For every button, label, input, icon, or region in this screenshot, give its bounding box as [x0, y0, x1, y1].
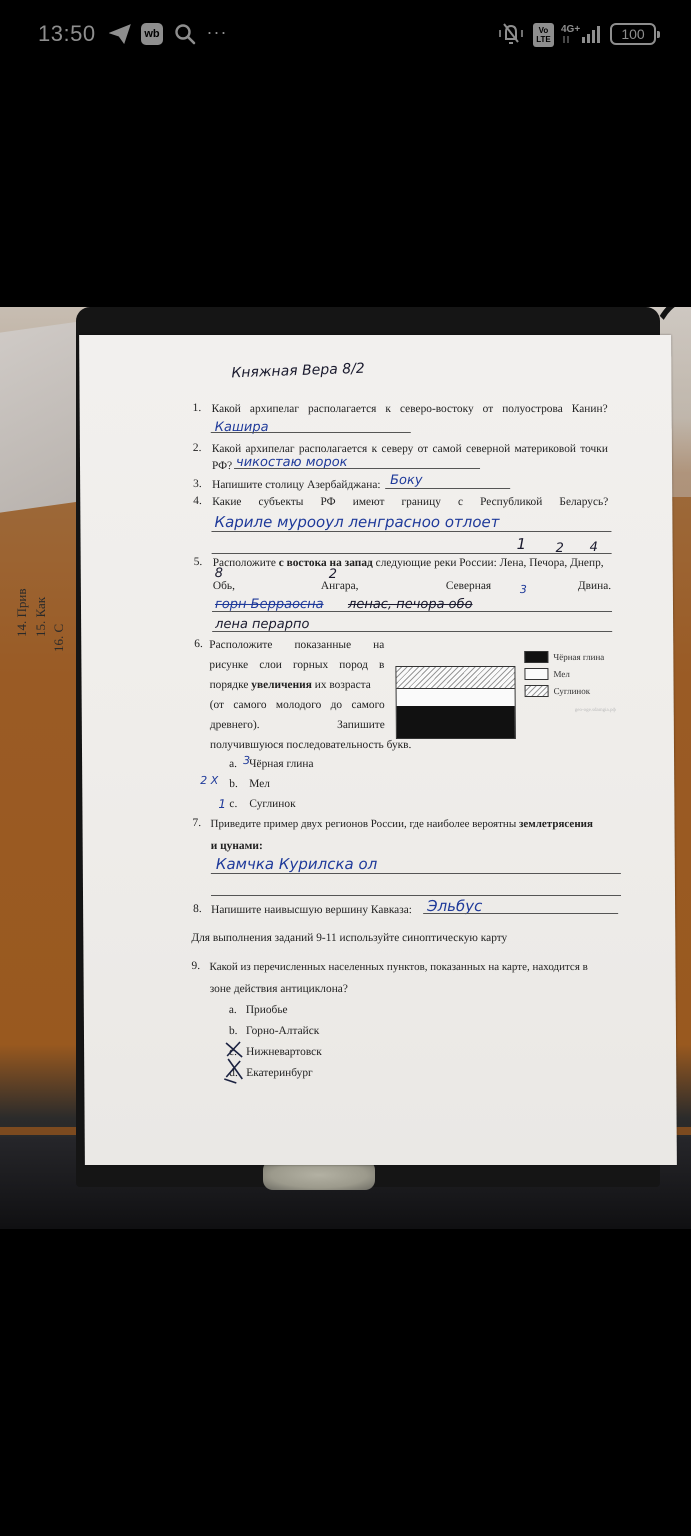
question-3-answer: Боку: [390, 473, 423, 488]
cross-out-mark: [222, 1039, 252, 1085]
question-6-text: древнего). Запишите: [210, 718, 385, 732]
wb-icon: wb: [141, 23, 163, 45]
option-label: Нижневартовск: [246, 1045, 322, 1059]
margin-mark: 2: [556, 541, 564, 556]
answer-line: [211, 432, 411, 433]
question-5-answer-struck-2: ленас, печора обо: [348, 597, 473, 612]
margin-mark: 1: [516, 535, 526, 553]
answer-line: [211, 531, 611, 532]
answer-line: [234, 468, 480, 469]
margin-mark: 3: [520, 583, 527, 596]
question-1-text: Какой архипелаг располагается к северо-в…: [212, 402, 608, 416]
battery-icon: 100: [610, 23, 656, 45]
question-2-number: 2.: [193, 442, 202, 454]
option-mark: 1: [218, 797, 226, 811]
question-6-number: 6.: [194, 638, 203, 650]
question-6-text: (от самого молодого до самого: [210, 698, 385, 712]
question-9-text-cont: зоне действия антициклона?: [210, 982, 348, 996]
margin-mark: 4: [590, 540, 598, 555]
answer-line: [212, 553, 612, 554]
option-label: Чёрная глина: [249, 757, 314, 771]
background-sheet-line: 15. Как: [33, 597, 49, 637]
telegram-icon: [108, 22, 132, 46]
question-6-text: получившуюся последовательность букв.: [210, 738, 412, 752]
status-time: 13:50: [38, 21, 96, 47]
vibrate-mute-icon: [496, 22, 526, 46]
question-7-text: Приведите пример двух регионов России, г…: [210, 817, 593, 831]
option-mark: 2 X: [200, 774, 218, 787]
signal-4g-icon: 4G+: [560, 22, 602, 46]
worksheet-paper: Княжная Вера 8/2 1. Какой архипелаг расп…: [79, 335, 677, 1165]
question-1-number: 1.: [193, 402, 202, 414]
question-6-text: порядке увеличения их возраста: [209, 678, 384, 692]
rock-layers-diagram: [395, 666, 516, 739]
option-letter: b.: [229, 1024, 238, 1038]
answer-line: [212, 611, 612, 612]
option-label: Екатеринбург: [246, 1066, 313, 1080]
river-ob: Обь,: [213, 579, 235, 593]
option-label: Мел: [249, 777, 270, 791]
legend-swatch: [524, 668, 548, 680]
option-letter: c.: [229, 797, 237, 811]
instruction-text: Для выполнения заданий 9-11 используйте …: [191, 931, 507, 945]
answer-line: [211, 873, 621, 874]
question-8-text: Напишите наивысшую вершину Кавказа:: [211, 903, 412, 917]
question-5-answer-struck: горн Берраосна: [215, 597, 324, 612]
option-label: Суглинок: [249, 797, 295, 811]
question-3-number: 3.: [193, 478, 202, 490]
option-label: Приобье: [246, 1003, 288, 1017]
question-7-answer: Камчка Курилска ол: [216, 855, 378, 873]
question-2-text-cont: РФ?: [212, 459, 232, 473]
answer-line: [423, 913, 618, 914]
status-bar: 13:50 wb ··· Vo LTE 4G+ 100: [0, 0, 691, 70]
layer-black-clay: [397, 706, 515, 738]
question-7-text-cont: и цунами:: [211, 839, 263, 853]
answer-line: [385, 488, 510, 489]
photo-worksheet: 14. Прив 15. Как 16. С Княжная Вера 8/2 …: [0, 307, 691, 1229]
more-icon: ···: [205, 20, 229, 44]
legend-item: Суглинок: [525, 684, 645, 698]
legend-item: Мел: [524, 667, 644, 681]
river-dvina: Двина.: [578, 579, 611, 593]
question-9-text: Какой из перечисленных населенных пункто…: [209, 960, 587, 974]
river-angara: Ангара,: [321, 579, 359, 593]
answer-line: [211, 895, 621, 896]
question-7-number: 7.: [192, 817, 201, 829]
question-5-number: 5.: [194, 556, 203, 568]
question-5-answer: лена перарпо: [215, 617, 309, 632]
answer-line: [212, 631, 612, 632]
svg-text:4G+: 4G+: [561, 24, 580, 35]
question-2-text: Какой архипелаг располагается к северу о…: [212, 442, 608, 456]
question-6-text: Расположите показанные на: [209, 638, 384, 652]
question-5-text: Расположите с востока на запад следующие…: [213, 556, 613, 570]
option-label: Горно-Алтайск: [246, 1024, 319, 1038]
option-letter: b.: [229, 777, 238, 791]
question-4-number: 4.: [193, 495, 202, 507]
student-name: Княжная Вера 8/2: [231, 361, 365, 382]
legend-swatch: [524, 651, 548, 663]
question-4-text: Какие субъекты РФ имеют границу с Респуб…: [212, 495, 608, 509]
question-4-answer: Кариле мурооул ленграсноо отлоет: [214, 513, 499, 531]
option-letter: a.: [229, 1003, 237, 1017]
search-icon: [173, 22, 197, 46]
option-letter: a.: [229, 757, 237, 771]
background-sheet-line: 14. Прив: [14, 589, 30, 637]
question-9-number: 9.: [191, 960, 200, 972]
question-6-text: рисунке слои горных пород в: [209, 658, 384, 672]
question-3-text: Напишите столицу Азербайджана:: [212, 478, 380, 492]
watermark: geo-oge.sdamgia.рф: [575, 708, 616, 713]
legend-swatch: [525, 685, 549, 697]
question-8-number: 8.: [193, 903, 202, 915]
layer-suglinok: [396, 667, 514, 689]
river-severnaya: Северная: [446, 579, 491, 593]
background-sheet-line: 16. С: [51, 624, 67, 652]
volte-icon: Vo LTE: [533, 23, 554, 47]
legend-item: Чёрная глина: [524, 650, 644, 664]
